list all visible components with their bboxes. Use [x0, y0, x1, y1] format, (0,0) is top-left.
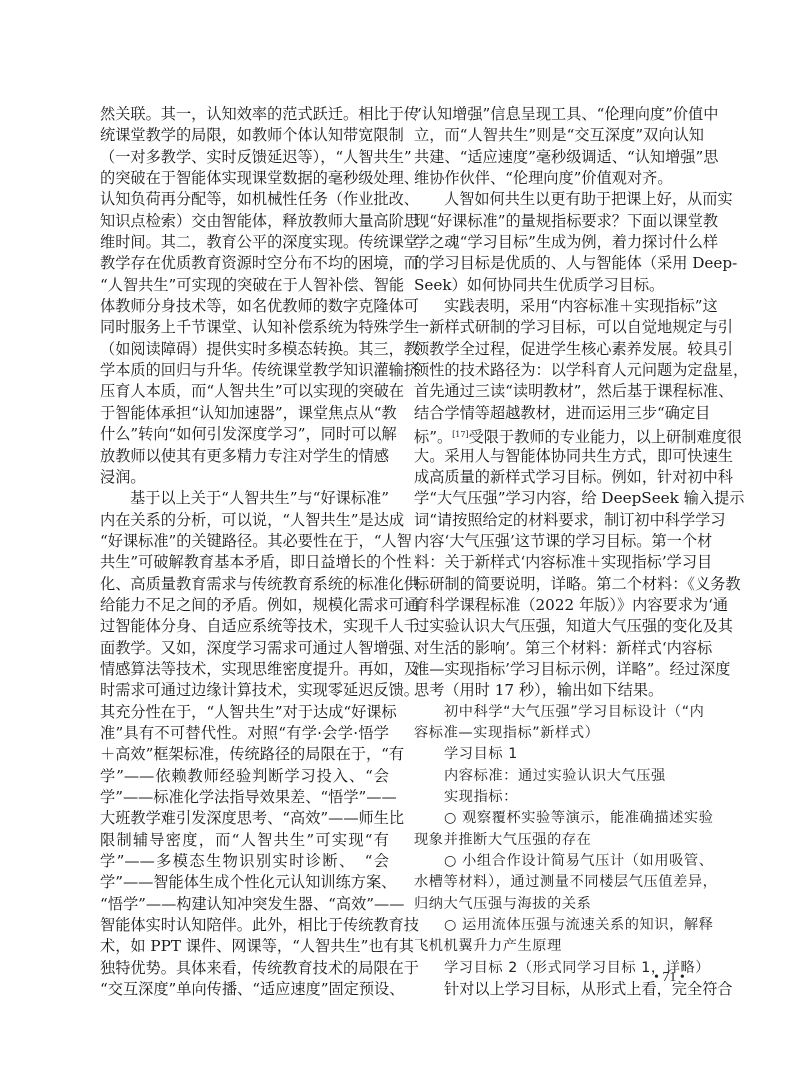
- text-line: 学”——多模态生物识别实时诊断、 “会: [100, 851, 389, 872]
- text-line: 初中科学“大气压强”学习目标设计（“内: [414, 702, 704, 723]
- text-line: “人智共生”可实现的突破在于人智补偿、智能: [100, 275, 389, 296]
- text-line: 准—实现指标’学习目标示例，详略”。经过深度: [414, 659, 704, 680]
- text-line: 准”具有不可替代性。对照“有学·会学·悟学: [100, 723, 389, 744]
- text-line: 大。采用人与智能体协同共生方式，即可快速生: [414, 446, 704, 467]
- text-line: 学之魂“学习目标”生成为例，着力探讨什么样: [414, 232, 704, 253]
- text-line: 维协作伙伴、“伦理向度”价值观对齐。: [414, 168, 704, 189]
- text-line: 一新样式研制的学习目标，可以自觉地规定与引: [414, 317, 704, 338]
- text-line: ＋高效”框架标准，传统路径的局限在于，“有: [100, 744, 389, 765]
- text-fragment: 受限于教师的专业能力，以上研制难度很: [469, 428, 742, 446]
- text-line: 育科学课程标准（2022 年版）》内容要求为‘通: [414, 595, 704, 616]
- text-line: 限制辅导密度，而“人智共生”可实现“有: [100, 830, 389, 851]
- text-line: （如阅读障碍）提供实时多模态转换。其三，教: [100, 339, 389, 360]
- text-line: 压育人本质，而“人智共生”可以实现的突破在: [100, 381, 389, 402]
- text-line: 过智能体分身、自适应系统等技术，实现千人千: [100, 616, 389, 637]
- text-line: 智能体实时认知陪伴。此外，相比于传统教育技: [100, 915, 389, 936]
- text-line: 结合学情等超越教材，进而运用三步“确定目: [414, 403, 704, 424]
- text-line: 共生”可破解教育基本矛盾，即日益增长的个性: [100, 552, 389, 573]
- left-text-column: 然关联。其一，认知效率的范式跃迁。相比于传统课堂教学的局限，如教师个体认知带宽限…: [100, 104, 389, 1000]
- text-line: ○ 运用流体压强与流速关系的知识，解释: [414, 915, 704, 936]
- text-line: 学”——智能体生成个性化元认知训练方案、: [100, 872, 389, 893]
- text-line: 的学习目标是优质的、人与智能体（采用 Deep-: [414, 253, 704, 274]
- text-line: 学”——标准化学法指导效果差、“悟学”——: [100, 787, 389, 808]
- text-line: 过实验认识大气压强，知道大气压强的变化及其: [414, 616, 704, 637]
- page-number: • 71 •: [654, 970, 685, 986]
- text-line: 面教学。又如，深度学习需求可通过人智增强、: [100, 638, 389, 659]
- text-line: 然关联。其一，认知效率的范式跃迁。相比于传: [100, 104, 389, 125]
- text-line: 容标准—实现指标”新样式）: [414, 723, 704, 744]
- text-line: 教学存在优质教育资源时空分布不均的困境，而: [100, 253, 389, 274]
- text-line: 化、高质量教育需求与传统教育系统的标准化供: [100, 574, 389, 595]
- text-line: 现“好课标准”的量规指标要求？下面以课堂教: [414, 211, 704, 232]
- text-line: 归纳大气压强与海拔的关系: [414, 894, 704, 915]
- text-line: 水槽等材料），通过测量不同楼层气压值差异，: [414, 872, 704, 893]
- text-fragment: 标”。: [414, 428, 452, 446]
- text-line: 放教师以使其有更多精力专注对学生的情感: [100, 446, 389, 467]
- text-line: 其充分性在于，“人智共生”对于达成“好课标: [100, 702, 389, 723]
- text-line: 首先通过三读“读明教材”，然后基于课程标准、: [414, 381, 704, 402]
- text-line: 同时服务上千节课堂、认知补偿系统为特殊学生: [100, 317, 389, 338]
- text-line: 实践表明，采用“内容标准＋实现指标”这: [414, 296, 704, 317]
- text-line: 标研制的简要说明，详略。第二个材料：《义务教: [414, 574, 704, 595]
- citation-superscript: [17]: [452, 430, 468, 439]
- text-line: 学“大气压强”学习内容，给 DeepSeek 输入提示: [414, 488, 704, 509]
- text-line: 大班教学难引发深度思考、“高效”——师生比: [100, 808, 389, 829]
- text-line: Seek）如何协同共生优质学习目标。: [414, 275, 704, 296]
- text-line: 学本质的回归与升华。传统课堂教学知识灌输挤: [100, 360, 389, 381]
- text-line: 领性的技术路径为：以学科育人元问题为定盘星，: [414, 360, 704, 381]
- text-line: “交互深度”单向传播、“适应速度”固定预设、: [100, 979, 389, 1000]
- text-line: 共建、“适应速度”毫秒级调适、“认知增强”思: [414, 147, 704, 168]
- text-line: 思考（用时 17 秒），输出如下结果。: [414, 680, 704, 701]
- text-line: “好课标准”的关键路径。其必要性在于，“人智: [100, 531, 389, 552]
- text-line: 领教学全过程，促进学生核心素养发展。较具引: [414, 339, 704, 360]
- text-line: 维时间。其二，教育公平的深度实现。传统课堂: [100, 232, 389, 253]
- text-line: 内在关系的分析，可以说，“人智共生”是达成: [100, 510, 389, 531]
- text-line: 学”——依赖教师经验判断学习投入、“会: [100, 766, 389, 787]
- text-line: “悟学”——构建认知冲突发生器、“高效”——: [100, 894, 389, 915]
- text-line: 什么”转向“如何引发深度学习”，同时可以解: [100, 424, 389, 445]
- text-line: ○ 小组合作设计简易气压计（如用吸管、: [414, 851, 704, 872]
- text-line: 知识点检索）交由智能体，释放教师大量高阶思: [100, 211, 389, 232]
- text-line: “认知增强”信息呈现工具、“伦理向度”价值中: [414, 104, 704, 125]
- right-text-column: “认知增强”信息呈现工具、“伦理向度”价值中立，而“人智共生”则是“交互深度”双…: [414, 104, 704, 1000]
- text-line: 人智如何共生以更有助于把课上好，从而实: [414, 189, 704, 210]
- text-line: ○ 观察覆杯实验等演示，能准确描述实验: [414, 808, 704, 829]
- text-line: 实现指标：: [414, 787, 704, 808]
- text-line: 给能力不足之间的矛盾。例如，规模化需求可通: [100, 595, 389, 616]
- text-line: 对生活的影响’。第三个材料：新样式‘内容标: [414, 638, 704, 659]
- text-line: 词“请按照给定的材料要求，制订初中科学学习: [414, 510, 704, 531]
- text-line: 时需求可通过边缘计算技术，实现零延迟反馈。: [100, 680, 389, 701]
- text-line: 于智能体承担“认知加速器”，课堂焦点从“教: [100, 403, 389, 424]
- text-line: 情感算法等技术，实现思维密度提升。再如，及: [100, 659, 389, 680]
- text-line: 体教师分身技术等，如名优教师的数字克隆体可: [100, 296, 389, 317]
- text-line: 成高质量的新样式学习目标。例如，针对初中科: [414, 467, 704, 488]
- text-line: 料：关于新样式‘内容标准＋实现指标’学习目: [414, 552, 704, 573]
- text-line: 浸润。: [100, 467, 389, 488]
- text-line: 统课堂教学的局限，如教师个体认知带宽限制: [100, 125, 389, 146]
- text-line: （一对多教学、实时反馈延迟等），“人智共生”: [100, 147, 389, 168]
- text-line: 现象并推断大气压强的存在: [414, 830, 704, 851]
- text-line: 基于以上关于“人智共生”与“好课标准”: [100, 488, 389, 509]
- text-line: 的突破在于智能体实现课堂数据的毫秒级处理、: [100, 168, 389, 189]
- text-line: 学习目标 1: [414, 744, 704, 765]
- text-line: 独特优势。具体来看，传统教育技术的局限在于: [100, 958, 389, 979]
- text-line: 内容‘大气压强’这节课的学习目标。第一个材: [414, 531, 704, 552]
- text-line: 飞机机翼升力产生原理: [414, 936, 704, 957]
- text-line: 立，而“人智共生”则是“交互深度”双向认知: [414, 125, 704, 146]
- text-line: 术，如 PPT 课件、网课等，“人智共生”也有其: [100, 936, 389, 957]
- text-line: 内容标准：通过实验认识大气压强: [414, 766, 704, 787]
- text-line: 认知负荷再分配等，如机械性任务（作业批改、: [100, 189, 389, 210]
- text-line: 标”。[17]受限于教师的专业能力，以上研制难度很: [414, 424, 704, 445]
